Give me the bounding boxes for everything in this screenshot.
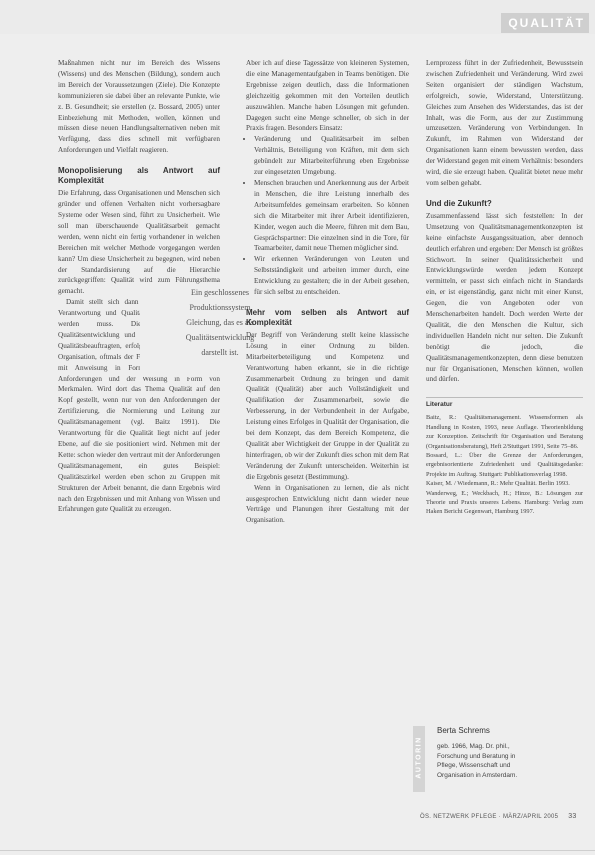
bullet-list: Veränderung und Qualitätsarbeit im selbe… [246, 134, 409, 298]
literature-entry: Baitz, R.: Qualitätsmanagement. Wissensf… [426, 413, 583, 451]
bullet-item: Wir erkennen Veränderungen von Leuten un… [254, 254, 409, 298]
column-3-body: Zusammenfassend lässt sich feststellen: … [426, 211, 583, 386]
bottom-rule [0, 850, 595, 851]
page-number: 33 [568, 813, 576, 820]
magazine-page: QUALITÄT Maßnahmen nicht nur im Bereich … [0, 0, 595, 855]
bullet-item: Menschen brauchen und Anerkennung aus de… [254, 178, 409, 254]
literature-heading: Literatur [426, 397, 583, 411]
section-tag: QUALITÄT [501, 13, 589, 33]
heading-zukunft: Und die Zukunft? [426, 199, 583, 209]
heading-mehr-vom-selben: Mehr vom selben als Antwort auf Komplexi… [246, 308, 409, 328]
literature-entry: Kaiser, M. / Wiedemann, R.: Mehr Qualitä… [426, 479, 583, 488]
author-name: Berta Schrems [437, 726, 490, 735]
page-footer: ÖS. NETZWERK PFLEGE · MÄRZ/APRIL 2005 33 [420, 813, 577, 820]
section-label: QUALITÄT [508, 16, 585, 30]
literature-entry: Wanderweg, E.; Weckbach, H.; Hinze, B.: … [426, 489, 583, 517]
column-3-intro: Lernprozess führt in der Zufriedenheit, … [426, 58, 583, 189]
column-1-body-1: Die Erfahrung, dass Organisationen und M… [58, 188, 220, 297]
column-2: Aber ich auf diese Tagessätze von kleine… [246, 58, 409, 526]
author-tag-label: AUTORIN [416, 726, 423, 790]
column-2-body: Der Begriff von Veränderung stellt keine… [246, 330, 409, 483]
literature-entry: Bossard, L.: Über die Grenze der Anforde… [426, 451, 583, 479]
author-box: AUTORIN Berta Schrems geb. 1966, Mag. Dr… [413, 720, 588, 800]
column-2-body-2: Wenn in Organisationen zu lernen, die al… [246, 483, 409, 527]
column-1-intro: Maßnahmen nicht nur im Bereich des Wisse… [58, 58, 220, 156]
journal-name: ÖS. NETZWERK PFLEGE · MÄRZ/APRIL 2005 [420, 814, 558, 820]
author-tag: AUTORIN [413, 726, 425, 792]
bullet-item: Veränderung und Qualitätsarbeit im selbe… [254, 134, 409, 178]
column-3: Lernprozess führt in der Zufriedenheit, … [426, 58, 583, 517]
column-2-intro: Aber ich auf diese Tagessätze von kleine… [246, 58, 409, 134]
author-bio: geb. 1966, Mag. Dr. phil., Forschung und… [437, 742, 537, 780]
heading-monopolisierung: Monopolisierung als Antwort auf Komplexi… [58, 166, 220, 186]
